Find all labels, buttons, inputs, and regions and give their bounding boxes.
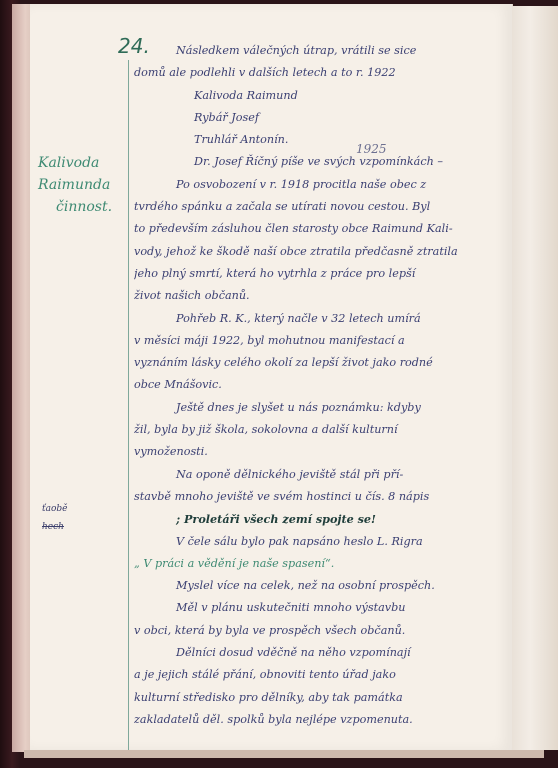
text-line: Pohřeb R. K., který načle v 32 letech um… [134,308,508,330]
margin-word: ťaobě [42,504,68,514]
margin-note-line: Kalivoda [38,152,128,174]
text-line: Po osvobození v r. 1918 procitla naše ob… [134,174,508,196]
text-line-motto: „ V práci a vědění je naše spasení“. [134,553,508,575]
text-line: Na oponě dělnického jeviště stál při pří… [134,464,508,486]
text-line: Rybář Josef [134,107,508,129]
text-line: domů ale podlehli v dalších letech a to … [134,62,508,84]
margin-note: Kalivoda Raimunda činnost. [38,152,128,218]
text-line: život našich občanů. [134,285,508,307]
margin-word-struck: hech [42,522,64,532]
text-line: V čele sálu bylo pak napsáno heslo L. Ri… [134,531,508,553]
text-line: vymoženosti. [134,441,508,463]
page-bottom-edge [24,750,544,758]
margin-note-line: činnost. [38,196,128,218]
handwritten-text: Následkem válečných útrap, vrátili se si… [134,40,508,731]
text-line: stavbě mnoho jeviště ve svém hostinci u … [134,486,508,508]
text-line: Dr. Josef Říčný píše ve svých vzpomínkác… [134,151,508,173]
text-line: Následkem válečných útrap, vrátili se si… [134,40,508,62]
margin-note-line: Raimunda [38,174,128,196]
text-line: v měsíci máji 1922, byl mohutnou manifes… [134,330,508,352]
text-line: Myslel více na celek, než na osobní pros… [134,575,508,597]
text-line: Kalivoda Raimund [134,85,508,107]
text-line: jeho plný smrtí, která ho vytrhla z prác… [134,263,508,285]
text-line: vody, jehož ke škodě naší obce ztratila … [134,241,508,263]
text-line: tvrdého spánku a začala se utírati novou… [134,196,508,218]
text-line: a je jejich stálé přání, obnoviti tento … [134,664,508,686]
text-line: žil, byla by již škola, sokolovna a dalš… [134,419,508,441]
text-line: kulturní středisko pro dělníky, aby tak … [134,687,508,709]
text-line: obce Mnášovic. [134,374,508,396]
text-line: vyznáním lásky celého okolí za lepší živ… [134,352,508,374]
text-line: Měl v plánu uskutečniti mnoho výstavbu [134,597,508,619]
text-line: zakladatelů děl. spolků byla nejlépe vzp… [134,709,508,731]
text-line: Truhlář Antonín. [134,129,508,151]
text-line: Dělníci dosud vděčně na něho vzpomínají [134,642,508,664]
text-line: v obci, která by byla ve prospěch všech … [134,620,508,642]
next-page-edge [512,6,558,750]
margin-rule [128,60,129,750]
text-line-slogan: ; Proletáři všech zemí spojte se! [134,508,508,530]
text-line: to především zásluhou člen starosty obce… [134,218,508,240]
text-line: Ještě dnes je slyšet u nás poznámku: kdy… [134,397,508,419]
